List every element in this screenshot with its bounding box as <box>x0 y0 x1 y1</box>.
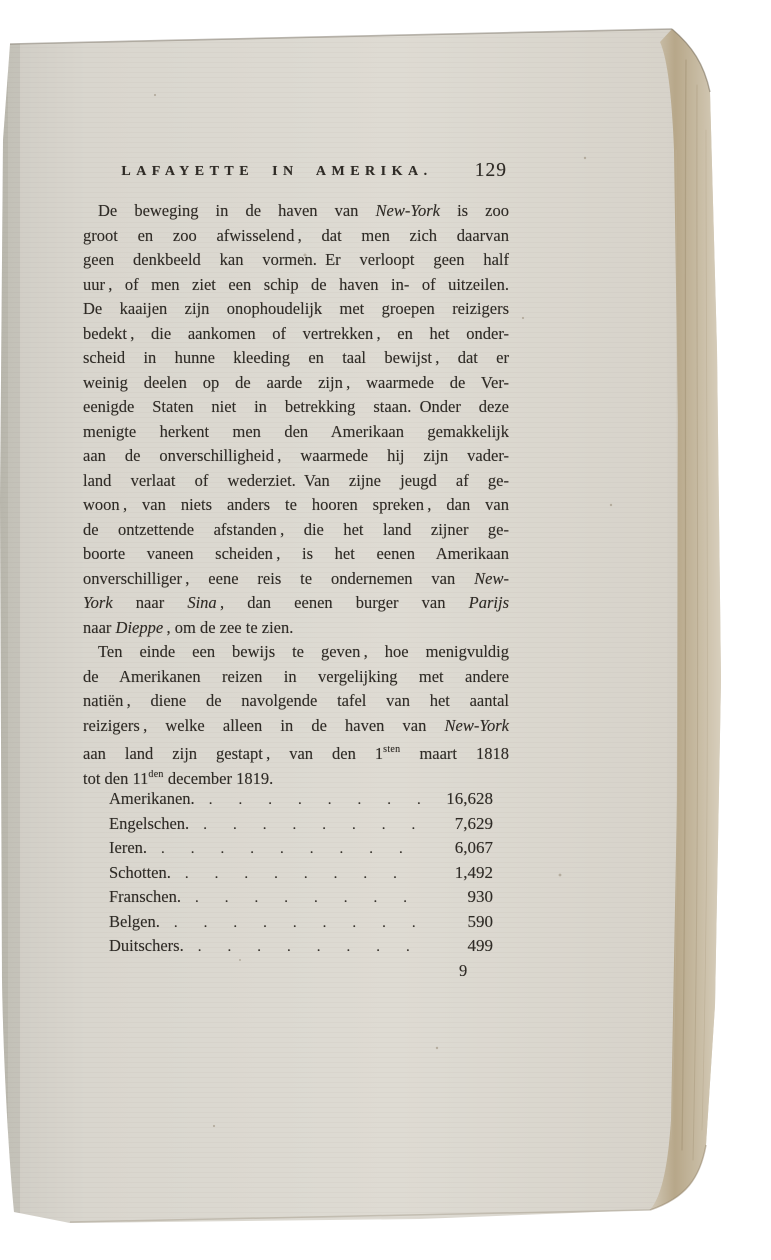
text-line: groot en zoo afwisselend , dat men zich … <box>83 224 509 249</box>
text-line: aan land zijn gestapt , van den 1sten ma… <box>83 738 509 763</box>
table-row: Engelschen...............7,629 <box>83 812 509 837</box>
row-label: Engelschen. <box>109 812 189 837</box>
dot-leader: .............. <box>181 886 423 911</box>
row-label: Franschen. <box>109 885 181 910</box>
dot-leader: .............. <box>171 862 423 887</box>
row-value: 930 <box>423 885 509 910</box>
row-label: Schotten. <box>109 861 171 886</box>
text-line: aan de onverschilligheid , waarmede hij … <box>83 444 509 469</box>
dot-leader: .............. <box>160 911 423 936</box>
text-line: Ten einde een bewijs te geven , hoe meni… <box>83 640 509 665</box>
row-value: 499 <box>423 934 509 959</box>
text-line: reizigers , welke alleen in de haven van… <box>83 714 509 739</box>
dot-leader: .............. <box>189 813 423 838</box>
dot-leader: .............. <box>195 788 423 813</box>
text-line: York naar Sina , dan eenen burger van Pa… <box>83 591 509 616</box>
row-label: Ieren. <box>109 836 147 861</box>
paragraph-1: De beweging in de haven van New-York is … <box>83 199 509 640</box>
photo-backdrop: LAFAYETTE IN AMERIKA. 129 De beweging in… <box>0 0 771 1260</box>
text-line: land verlaat of wederziet. Van zijne jeu… <box>83 469 509 494</box>
dot-leader: .............. <box>184 935 423 960</box>
table-row: Franschen...............930 <box>83 885 509 910</box>
page-number: 129 <box>475 160 507 182</box>
running-head-title: LAFAYETTE IN AMERIKA. <box>85 164 469 180</box>
text-line: geen denkbeeld kan vormen. Er verloopt g… <box>83 248 509 273</box>
text-line: De kaaijen zijn onophoudelijk met groepe… <box>83 297 509 322</box>
table-row: Schotten...............1,492 <box>83 861 509 886</box>
table-row: Ieren...............6,067 <box>83 836 509 861</box>
text-line: onverschilliger , eene reis te onderneme… <box>83 567 509 592</box>
text-line: de ontzettende afstanden , die het land … <box>83 518 509 543</box>
row-label: Duitschers. <box>109 934 184 959</box>
signature-mark: 9 <box>83 959 509 984</box>
table-row: Amerikanen...............16,628 <box>83 787 509 812</box>
text-line: bedekt , die aankomen of vertrekken , en… <box>83 322 509 347</box>
text-line: eenigde Staten niet in betrekking staan.… <box>83 395 509 420</box>
row-value: 6,067 <box>423 836 509 861</box>
row-label: Belgen. <box>109 910 160 935</box>
paragraph-2: Ten einde een bewijs te geven , hoe meni… <box>83 640 509 787</box>
row-value: 7,629 <box>423 812 509 837</box>
text-line: woon , van niets anders te hooren spreke… <box>83 493 509 518</box>
text-line: natiën , diene de navolgende tafel van h… <box>83 689 509 714</box>
row-value: 1,492 <box>423 861 509 886</box>
text-line: tot den 11den december 1819. <box>83 763 509 788</box>
table-row: Belgen...............590 <box>83 910 509 935</box>
passenger-table: Amerikanen...............16,628Engelsche… <box>83 787 509 959</box>
text-line: scheid in hunne kleeding en taal bewijst… <box>83 346 509 371</box>
text-line: uur , of men ziet een schip de haven in-… <box>83 273 509 298</box>
text-line: De beweging in de haven van New-York is … <box>83 199 509 224</box>
text-line: menigte herkent men den Amerikaan gemakk… <box>83 420 509 445</box>
table-row: Duitschers...............499 <box>83 934 509 959</box>
row-value: 590 <box>423 910 509 935</box>
text-line: weinig deelen op de aarde zijn , waarmed… <box>83 371 509 396</box>
row-value: 16,628 <box>423 787 509 812</box>
page-text: De beweging in de haven van New-York is … <box>83 199 509 983</box>
running-head: LAFAYETTE IN AMERIKA. 129 <box>85 160 509 186</box>
text-line: naar Dieppe , om de zee te zien. <box>83 616 509 641</box>
text-line: boorte vaneen scheiden , is het eenen Am… <box>83 542 509 567</box>
row-label: Amerikanen. <box>109 787 195 812</box>
dot-leader: .............. <box>147 837 423 862</box>
text-line: de Amerikanen reizen in vergelijking met… <box>83 665 509 690</box>
